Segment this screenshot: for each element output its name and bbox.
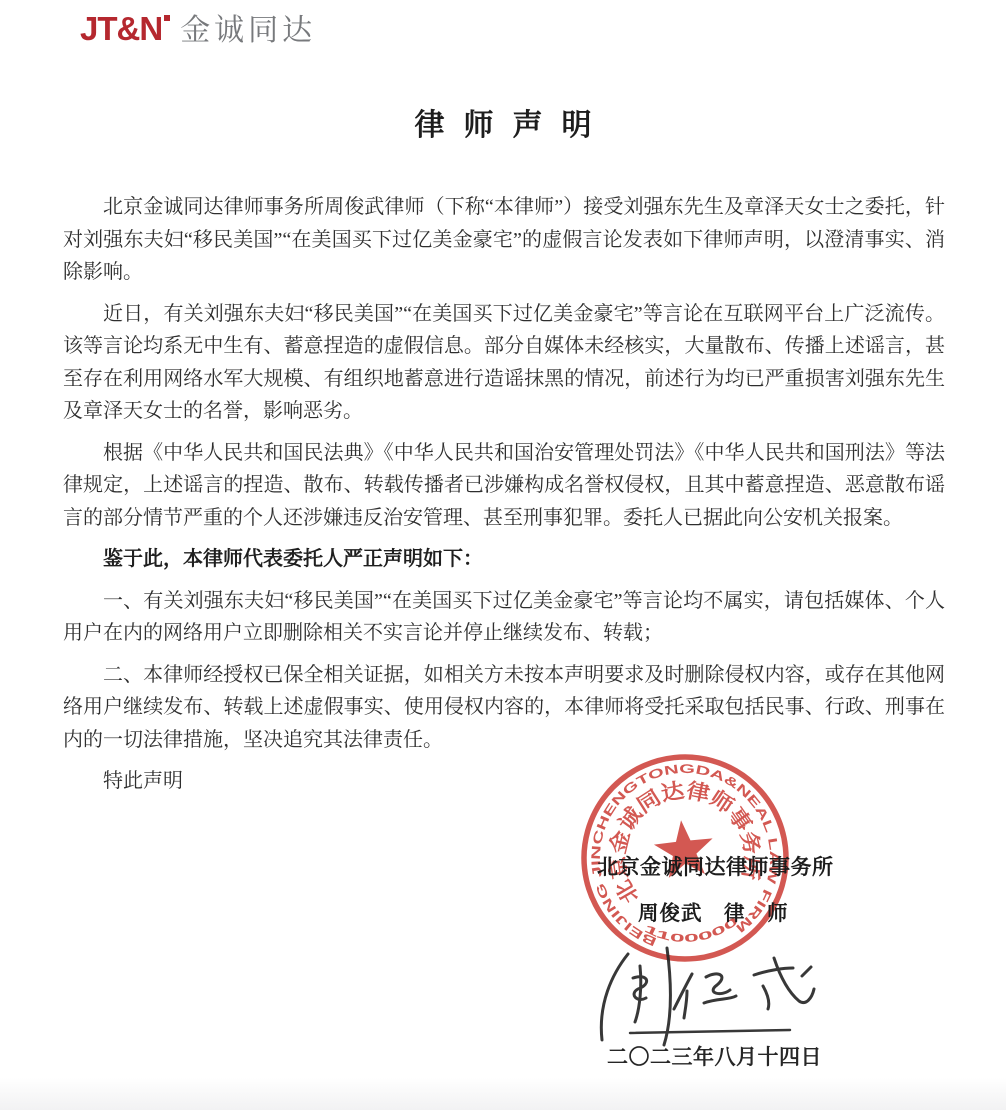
signature-lawyer-name: 周俊武 律 师 [638,896,789,926]
declaration-point-1: 一、有关刘强东夫妇“移民美国”“在美国买下过亿美金豪宅”等言论均不属实，请包括媒… [63,585,945,650]
statement-body: 北京金诚同达律师事务所周俊武律师（下称“本律师”）接受刘强东先生及章泽天女士之委… [63,191,945,807]
declaration-point-2: 二、本律师经授权已保全相关证据，如相关方未按本声明要求及时删除侵权内容，或存在其… [63,659,945,757]
handwritten-signature [578,946,840,1048]
signature-firm-name: 北京金诚同达律师事务所 [597,851,834,881]
logo-jtn-text: JT&N [80,14,162,44]
logo-trademark-icon [164,15,170,21]
paragraph-legal-basis: 根据《中华人民共和国民法典》《中华人民共和国治安管理处罚法》《中华人民共和国刑法… [63,437,945,535]
declaration-heading: 鉴于此，本律师代表委托人严正声明如下： [63,543,945,576]
page-title: 律师声明 [0,100,1006,144]
firm-logo: JT&N 金诚同达 [80,14,316,48]
page-bottom-edge [0,1078,1006,1110]
paragraph-background: 近日，有关刘强东夫妇“移民美国”“在美国买下过亿美金豪宅”等言论在互联网平台上广… [63,298,945,428]
paragraph-intro: 北京金诚同达律师事务所周俊武律师（下称“本律师”）接受刘强东先生及章泽天女士之委… [63,191,945,289]
logo-chinese-text: 金诚同达 [180,14,316,48]
closing-statement: 特此声明 [63,765,945,798]
statement-page: JT&N 金诚同达 律师声明 北京金诚同达律师事务所周俊武律师（下称“本律师”）… [0,0,1006,1110]
